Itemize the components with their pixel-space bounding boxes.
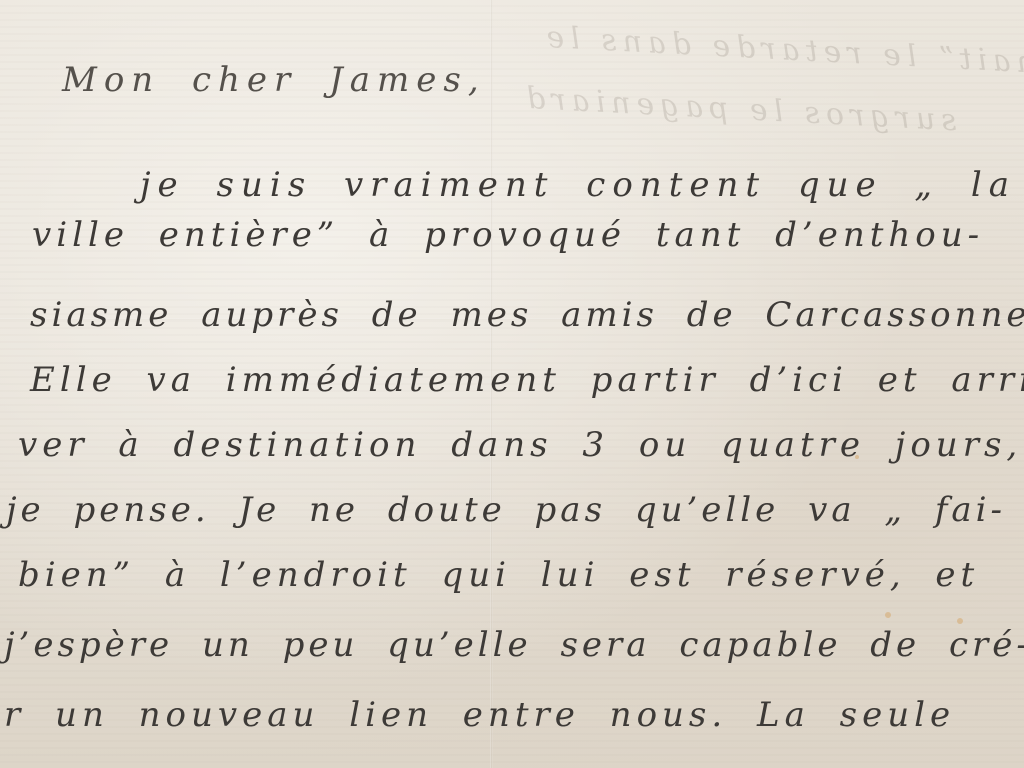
letter-line: ver à destination dans 3 ou quatre jours…: [18, 425, 1022, 465]
letter-salutation: Mon cher James,: [62, 60, 486, 100]
letter-line: ville entière” à provoqué tant d’enthou-: [32, 215, 984, 255]
bleed-through-text: surgros le pageniard: [519, 81, 957, 139]
letter-line: je suis vraiment content que „ la: [140, 165, 1016, 205]
letter-line: j’espère un peu qu’elle sera capable de …: [4, 625, 1024, 665]
letter-page: pressa “metlinait” le retarde dans le su…: [0, 0, 1024, 768]
letter-line: r un nouveau lien entre nous. La seule: [4, 695, 955, 735]
paper-stain: [957, 618, 963, 624]
letter-line: je pense. Je ne doute pas qu’elle va „ f…: [6, 490, 1006, 530]
letter-line: siasme auprès de mes amis de Carcassonne…: [30, 295, 1024, 335]
paper-stain: [855, 455, 859, 459]
paper-stain: [885, 612, 891, 618]
bleed-through-text: pressa “metlinait” le retarde dans le: [540, 20, 1024, 96]
letter-line: bien” à l’endroit qui lui est réservé, e…: [18, 555, 979, 595]
letter-line: Elle va immédiatement partir d’ici et ar…: [30, 360, 1024, 400]
